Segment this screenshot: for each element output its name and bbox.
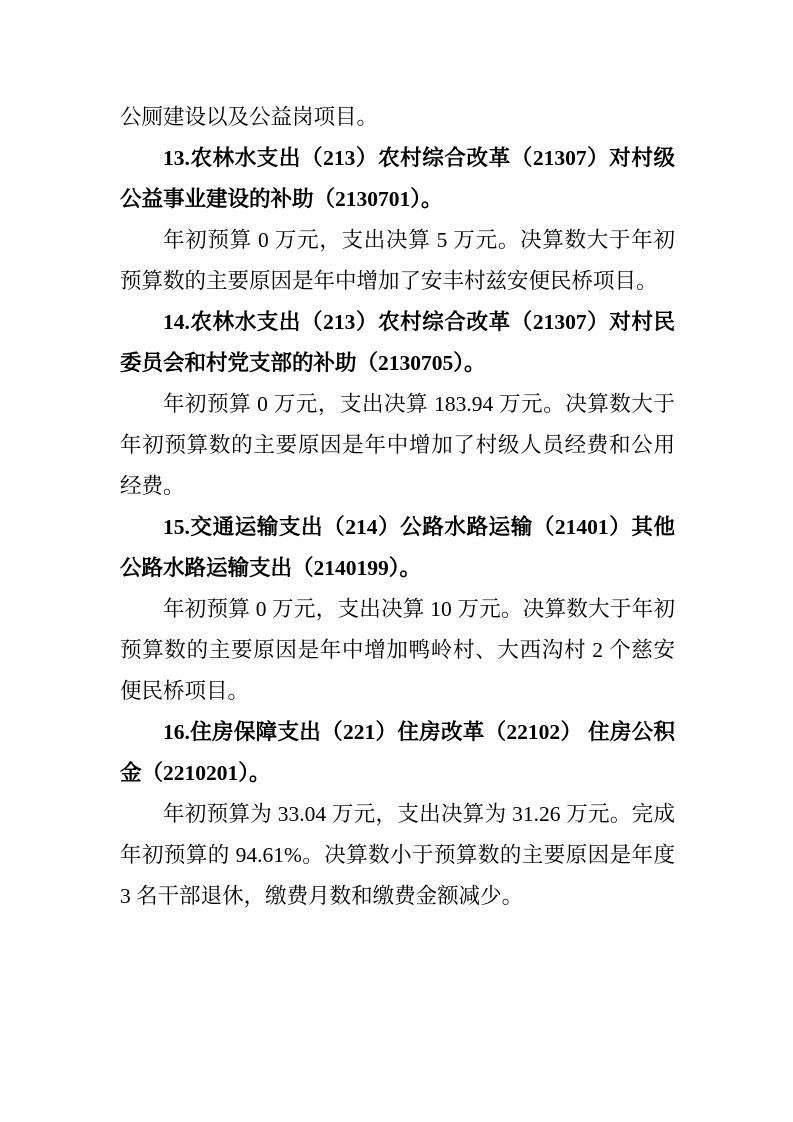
section-16-body: 年初预算为 33.04 万元，支出决算为 31.26 万元。完成年初预算的 94… (120, 794, 675, 917)
continuation-paragraph: 公厕建设以及公益岗项目。 (120, 97, 675, 138)
section-16-heading: 16.住房保障支出（221）住房改革（22102） 住房公积金（2210201）… (120, 712, 675, 794)
document-page: 公厕建设以及公益岗项目。 13.农林水支出（213）农村综合改革（21307）对… (0, 0, 793, 1122)
section-15-heading: 15.交通运输支出（214）公路水路运输（21401）其他公路水路运输支出（21… (120, 507, 675, 589)
section-14-heading: 14.农林水支出（213）农村综合改革（21307）对村民委员会和村党支部的补助… (120, 302, 675, 384)
section-15-body: 年初预算 0 万元，支出决算 10 万元。决算数大于年初预算数的主要原因是年中增… (120, 589, 675, 712)
section-14-body: 年初预算 0 万元，支出决算 183.94 万元。决算数大于年初预算数的主要原因… (120, 384, 675, 507)
section-13-heading: 13.农林水支出（213）农村综合改革（21307）对村级公益事业建设的补助（2… (120, 138, 675, 220)
section-13-body: 年初预算 0 万元，支出决算 5 万元。决算数大于年初预算数的主要原因是年中增加… (120, 220, 675, 302)
